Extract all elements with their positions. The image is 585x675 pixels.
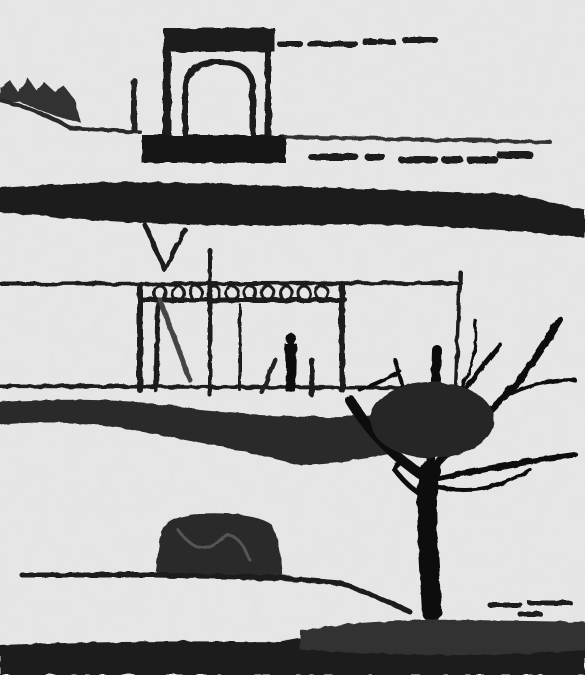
tree-canopy bbox=[370, 382, 494, 458]
rock bbox=[155, 514, 283, 577]
artwork-canvas bbox=[0, 0, 585, 675]
foreground-shadow bbox=[300, 620, 585, 655]
standing-figure bbox=[285, 333, 297, 392]
artwork-scene: Stylized black-and-white ink/stipple lan… bbox=[0, 0, 585, 675]
